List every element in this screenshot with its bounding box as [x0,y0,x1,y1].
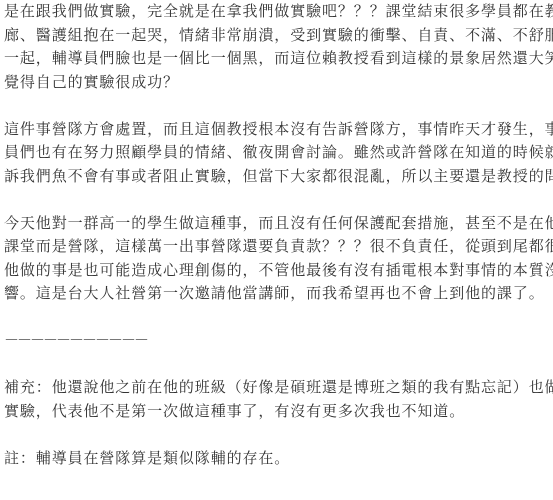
text-line: 註：輔導員在營隊算是類似隊輔的存在。 [4,447,553,471]
text-line: 補充：他還說他之前在他的班級（好像是碩班還是博班之類的我有點忘記）也做過這個 [4,376,553,400]
text-line: 一起，輔導員們臉也是一個比一個黑，而這位賴教授看到這樣的景象居然還大笑，好像 [4,47,553,71]
paragraph-camp-handling: 這件事營隊方會處置，而且這個教授根本沒有告訴營隊方，事情昨天才發生，事後輔導 員… [4,118,553,189]
text-line: 實驗，代表他不是第一次做這種事了，有沒有更多次我也不知道。 [4,400,553,424]
text-line: 今天他對一群高一的學生做這種事，而且沒有任何保護配套措施，甚至不是在他自己的 [4,212,553,236]
text-line: 廊、醫護組抱在一起哭，情緒非常崩潰，受到實驗的衝擊、自責、不滿、不舒服都混在 [4,24,553,48]
paragraph-criticism: 今天他對一群高一的學生做這種事，而且沒有任何保護配套措施，甚至不是在他自己的 課… [4,212,553,306]
paragraph-gap [4,423,553,447]
text-line: 訴我們魚不會有事或者阻止實驗，但當下大家都很混亂，所以主要還是教授的問題。 [4,165,553,189]
paragraph-supplement: 補充：他還說他之前在他的班級（好像是碩班還是博班之類的我有點忘記）也做過這個 實… [4,376,553,423]
paragraph-gap [4,353,553,377]
text-line: 課堂而是營隊，這樣萬一出事營隊還要負責款？？？很不負責任，從頭到尾都很離譜， [4,235,553,259]
paragraph-note: 註：輔導員在營隊算是類似隊輔的存在。 [4,447,553,471]
text-line: 這件事營隊方會處置，而且這個教授根本沒有告訴營隊方，事情昨天才發生，事後輔導 [4,118,553,142]
text-line: 是在跟我們做實驗，完全就是在拿我們做實驗吧？？？課堂結束很多學員都在教室、走 [4,0,553,24]
text-line: 響。這是台大人社營第一次邀請他當講師，而我希望再也不會上到他的課了。 [4,282,553,306]
post-body: 是在跟我們做實驗，完全就是在拿我們做實驗吧？？？課堂結束很多學員都在教室、走 廊… [0,0,553,470]
paragraph-gap [4,188,553,212]
paragraph-gap [4,306,553,330]
section-divider: －－－－－－－－－－－ [4,329,553,353]
text-line: 他做的事是也可能造成心理創傷的，不管他最後有沒有插電根本對事情的本質沒有影 [4,259,553,283]
text-line: 員們也有在努力照顧學員的情緒、徹夜開會討論。雖然或許營隊在知道的時候就可以告 [4,141,553,165]
paragraph-experiment-description: 是在跟我們做實驗，完全就是在拿我們做實驗吧？？？課堂結束很多學員都在教室、走 廊… [4,0,553,94]
text-line: 覺得自己的實驗很成功？ [4,71,553,95]
paragraph-gap [4,94,553,118]
